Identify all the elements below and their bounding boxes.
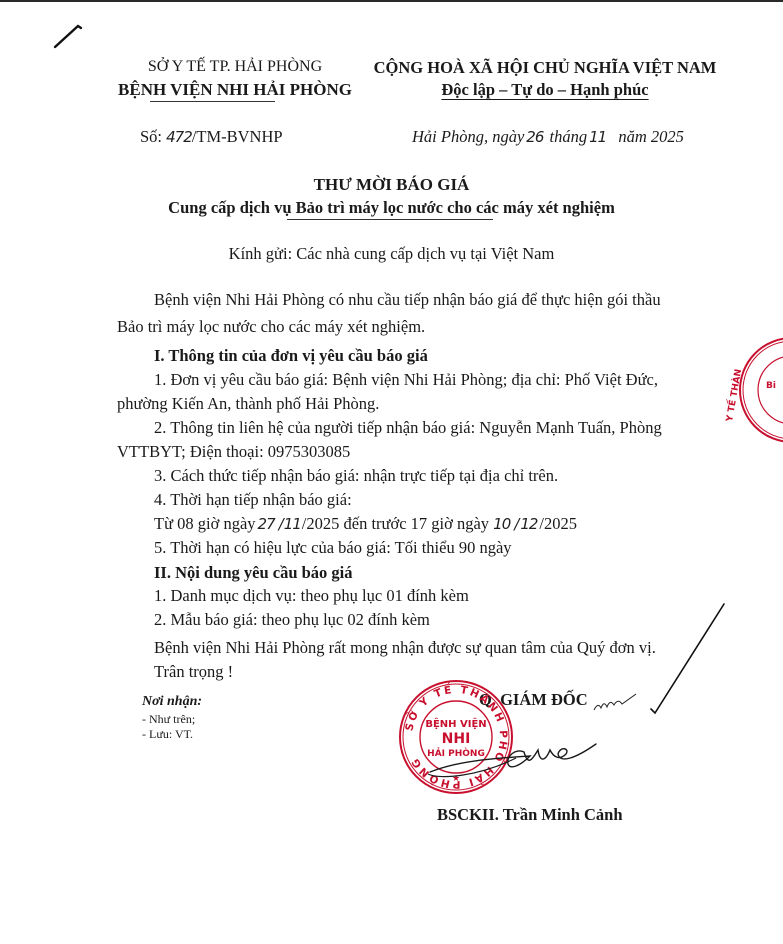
period-to-month: 12	[520, 515, 537, 533]
period-to-label: đến trước 17 giờ ngày	[344, 514, 490, 533]
pen-mark-icon	[50, 20, 90, 50]
section-1-heading: I. Thông tin của đơn vị yêu cầu báo giá	[154, 346, 428, 366]
number-suffix: /TM-BVNHP	[192, 127, 283, 146]
closing-line-2: Trân trọng !	[154, 662, 233, 682]
stamp-inner-line-1: BỆNH VIỆN	[425, 717, 486, 730]
recipient-item: - Như trên;	[142, 712, 195, 727]
date-separator: /	[279, 515, 283, 533]
date-month-label: tháng	[550, 127, 588, 146]
period-from-year: /2025	[302, 514, 340, 533]
date-separator: /	[514, 515, 518, 533]
date-place: Hải Phòng, ngày	[412, 127, 524, 146]
org-underline	[150, 101, 275, 102]
period-to-day: 10	[493, 515, 510, 533]
director-signature-icon	[420, 730, 620, 790]
period-from-month: 11	[284, 515, 301, 533]
section-1-item-3: 3. Cách thức tiếp nhận báo giá: nhận trự…	[154, 466, 558, 486]
section-1-item-4-period: Từ 08 giờ ngày27/11/2025 đến trước 17 gi…	[154, 514, 577, 534]
recipients-label: Nơi nhận:	[142, 694, 202, 710]
top-border	[0, 0, 783, 2]
section-1-item-1a: 1. Đơn vị yêu cầu báo giá: Bệnh viện Nhi…	[154, 370, 658, 390]
department-name: SỞ Y TẾ TP. HẢI PHÒNG	[100, 58, 370, 76]
section-2-item-1: 1. Danh mục dịch vụ: theo phụ lục 01 đín…	[154, 586, 469, 606]
section-1-item-2b: VTTBYT; Điện thoại: 0975303085	[117, 442, 350, 462]
intro-line-1: Bệnh viện Nhi Hải Phòng có nhu cầu tiếp …	[154, 290, 661, 310]
section-2-heading: II. Nội dung yêu cầu báo giá	[154, 563, 353, 583]
section-1-item-1b: phường Kiến An, thành phố Hải Phòng.	[117, 394, 379, 414]
date-year: năm 2025	[618, 127, 684, 146]
date-day: 26	[526, 128, 543, 146]
period-to-year: /2025	[539, 514, 577, 533]
subtitle-underline	[287, 219, 493, 220]
period-from-label: Từ 08 giờ ngày	[154, 514, 256, 533]
document-number: Số: 472/TM-BVNHP	[140, 127, 283, 147]
closing-line-1: Bệnh viện Nhi Hải Phòng rất mong nhận đư…	[154, 638, 656, 658]
svg-text:Bi: Bi	[766, 381, 776, 391]
date-month: 11	[589, 128, 606, 146]
intro-line-2: Bảo trì máy lọc nước cho các máy xét ngh…	[117, 317, 425, 337]
recipient-item: - Lưu: VT.	[142, 727, 193, 742]
section-1-item-5: 5. Thời hạn có hiệu lực của báo giá: Tối…	[154, 538, 512, 558]
signer-name: BSCKII. Trần Minh Cảnh	[437, 805, 623, 825]
recipient-line: Kính gửi: Các nhà cung cấp dịch vụ tại V…	[0, 244, 783, 264]
number-prefix: Số:	[140, 127, 162, 146]
edge-seal-icon: Y TẾ THÀN Bi	[722, 330, 783, 450]
section-2-item-2: 2. Mẫu báo giá: theo phụ lục 02 đính kèm	[154, 610, 430, 630]
section-1-item-4: 4. Thời hạn tiếp nhận báo giá:	[154, 490, 352, 510]
document-subtitle: Cung cấp dịch vụ Bảo trì máy lọc nước ch…	[0, 198, 783, 218]
document-title: THƯ MỜI BÁO GIÁ	[0, 175, 783, 195]
motto: Độc lập – Tự do – Hạnh phúc	[365, 80, 725, 100]
number-handwritten: 472	[166, 128, 192, 146]
organization-name: BỆNH VIỆN NHI HẢI PHÒNG	[100, 80, 370, 100]
nation-title: CỘNG HOÀ XÃ HỘI CHỦ NGHĨA VIỆT NAM	[365, 58, 725, 78]
initial-signature-icon	[592, 690, 642, 720]
section-1-item-2a: 2. Thông tin liên hệ của người tiếp nhận…	[154, 418, 662, 438]
document-date: Hải Phòng, ngày26 tháng11 năm 2025	[412, 127, 684, 147]
period-from-day: 27	[258, 515, 275, 533]
